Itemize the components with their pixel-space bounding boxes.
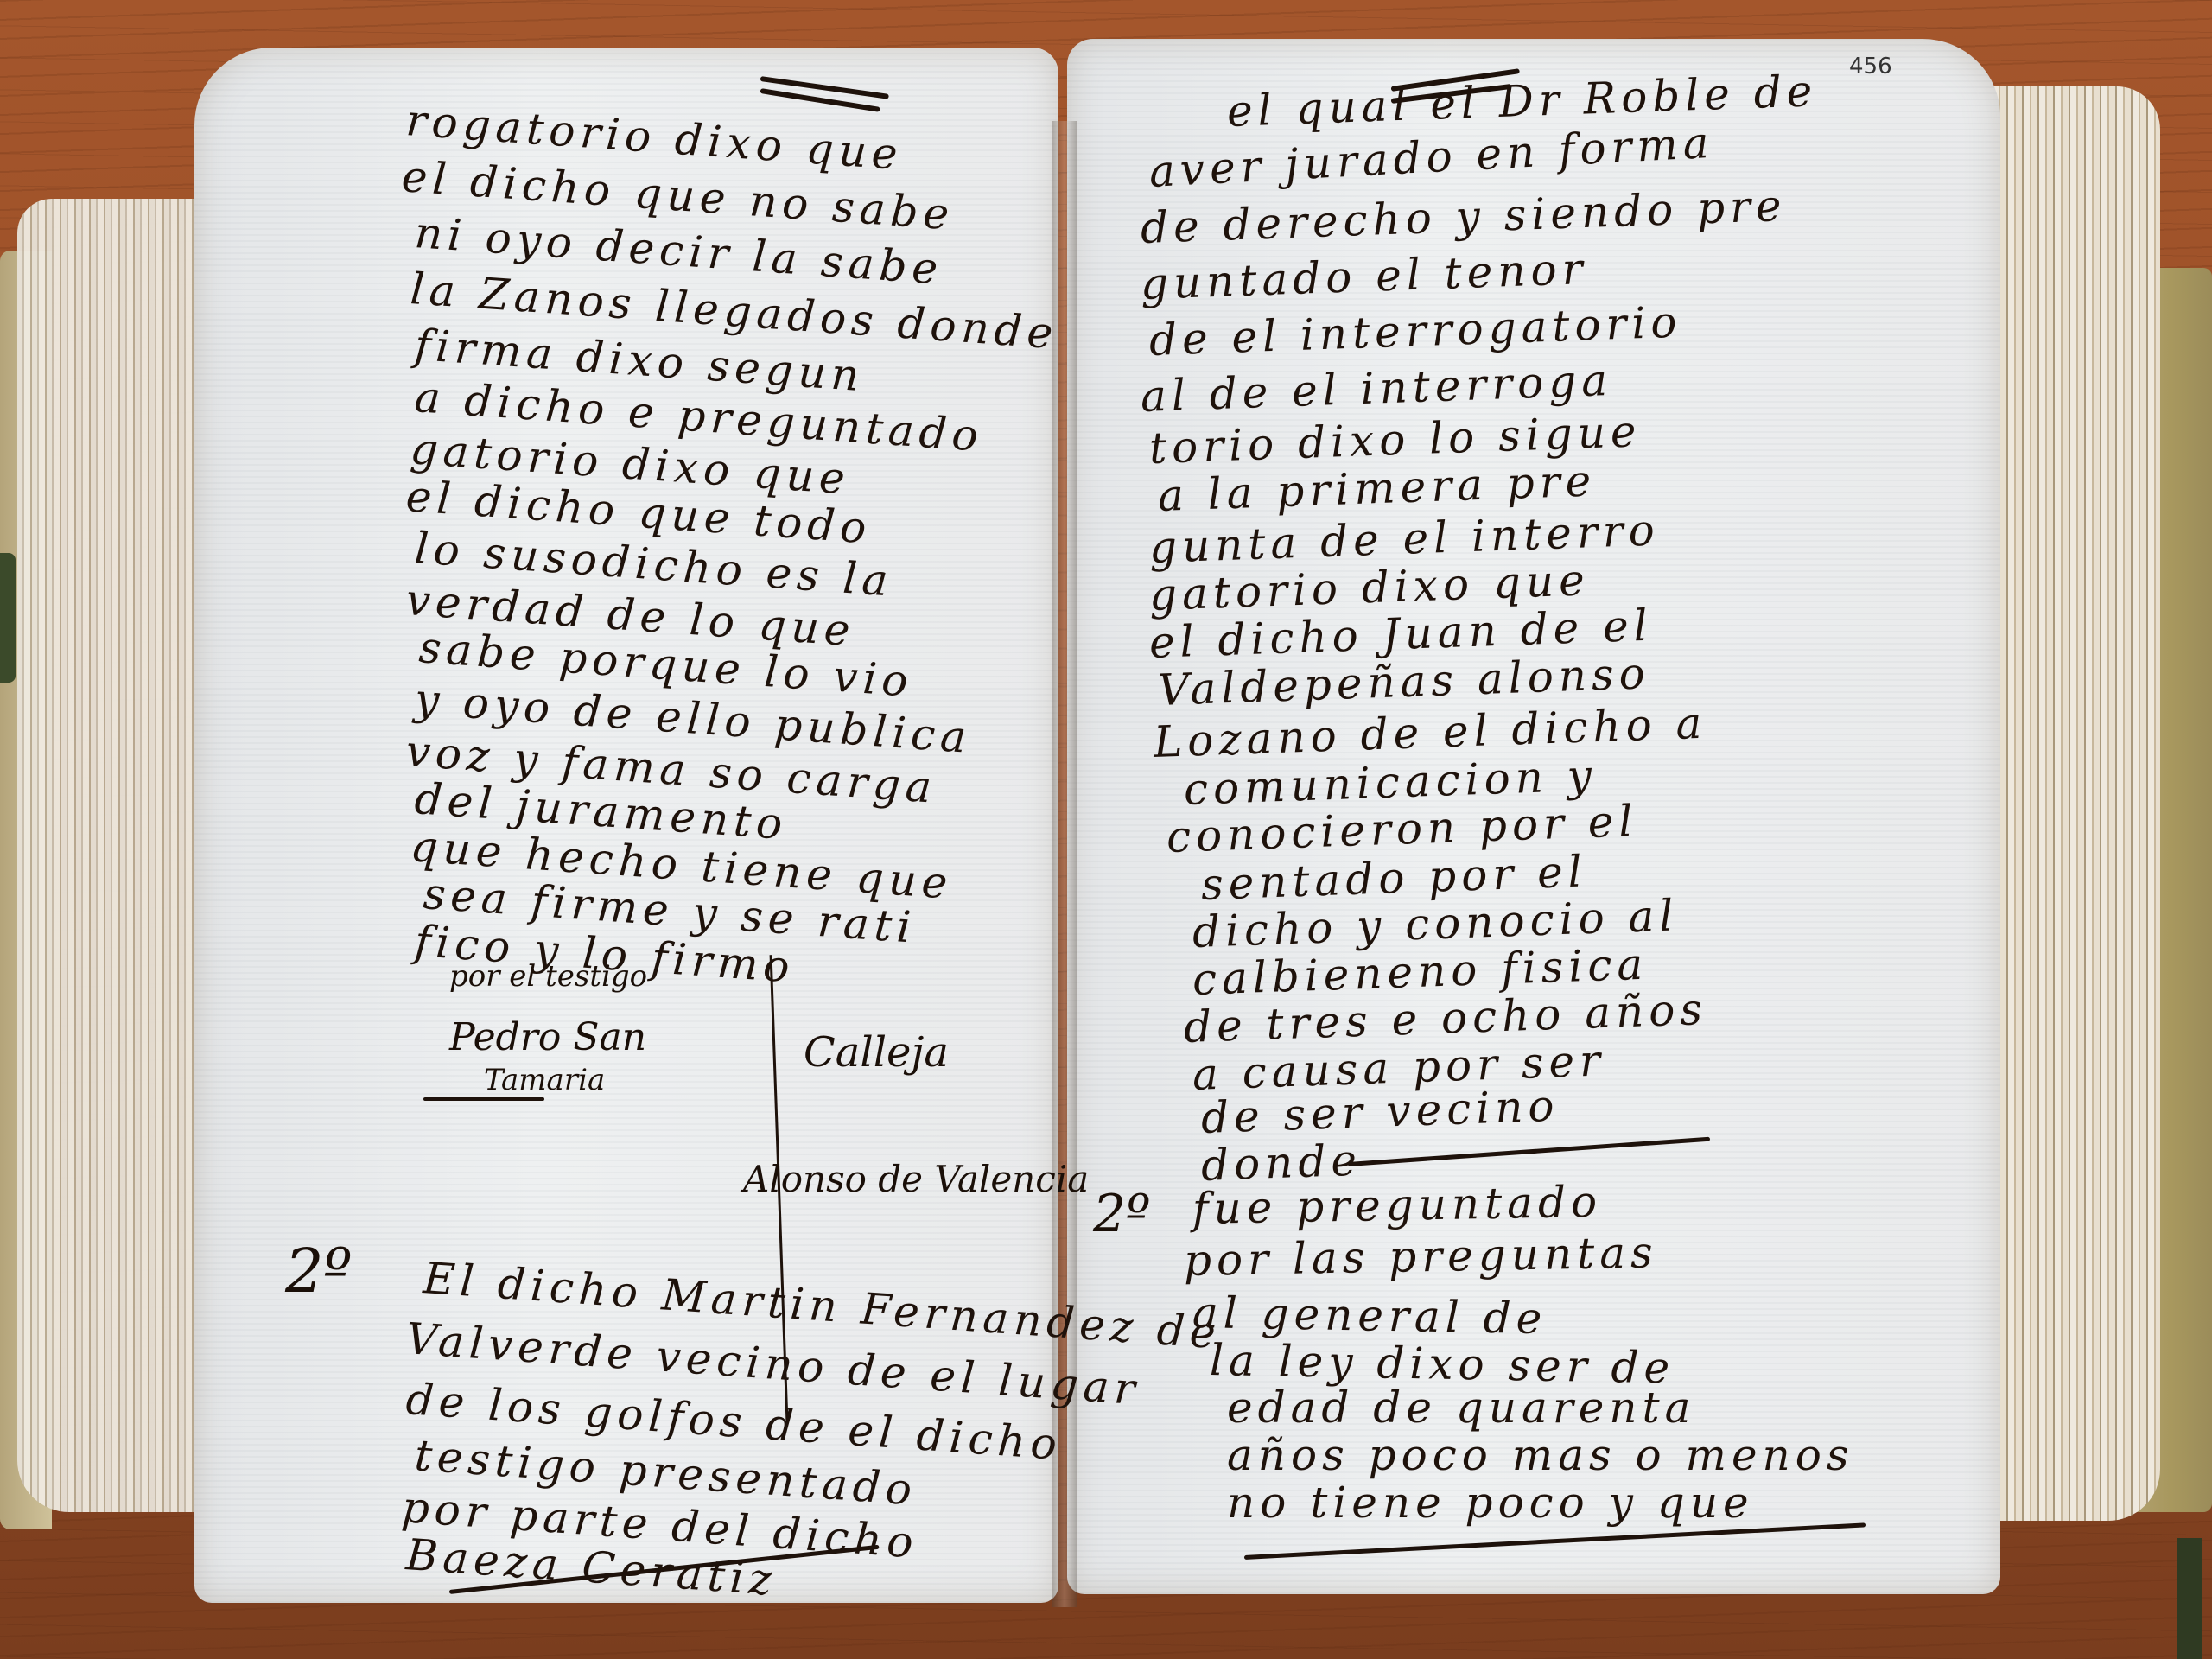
text-line: no tiene poco y que [1227, 1478, 1754, 1528]
text-line: edad de quarenta [1227, 1382, 1695, 1433]
margin-marker: 2º [1093, 1184, 1150, 1244]
text-line: por las preguntas [1183, 1227, 1658, 1286]
witness-label: por el testigo [449, 959, 647, 994]
entry-number-marker: 2º [285, 1236, 352, 1306]
notary-signature: Alonso de Valencia [743, 1158, 1089, 1200]
text-line: fue preguntado [1192, 1177, 1602, 1234]
left-ribbon [0, 553, 16, 683]
witness-signature: Pedro San [449, 1015, 646, 1059]
witness-signature-line2: Tamaria [484, 1063, 605, 1097]
text-line: años poco mas o menos [1227, 1430, 1854, 1480]
signature-underline [423, 1097, 544, 1101]
open-manuscript-book: 456 rogatorio dixo que el dicho que no s… [0, 0, 2212, 1659]
bookmark-ribbon [2177, 1538, 2202, 1659]
folio-number: 456 [1849, 54, 1892, 79]
notary-signature-first: Calleja [804, 1028, 949, 1077]
